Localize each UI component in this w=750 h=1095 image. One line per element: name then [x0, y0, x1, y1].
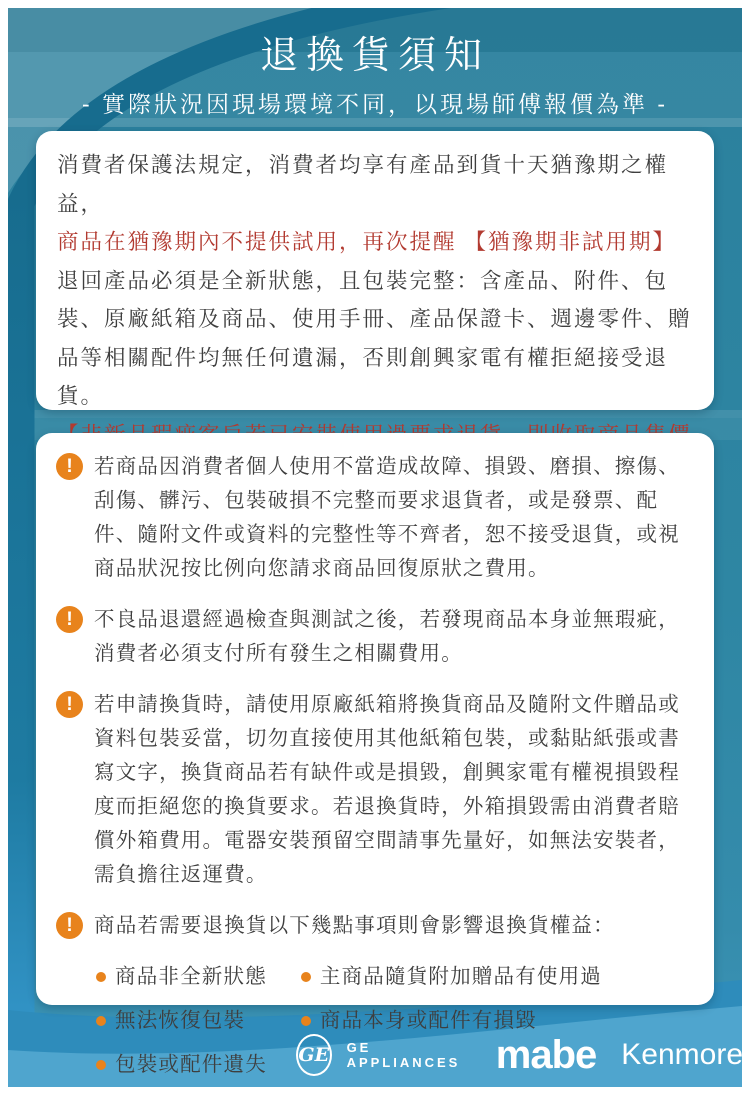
bullet-dot-icon [301, 1016, 311, 1026]
exclamation-glyph: ! [66, 457, 72, 476]
note-text: 若商品因消費者個人使用不當造成故障、損毀、磨損、擦傷、刮傷、髒污、包裝破損不完整… [94, 450, 696, 586]
policy-paragraph: 退回產品必須是全新狀態，且包裝完整：含產品、附件、包裝、原廠紙箱及商品、使用手冊… [57, 262, 694, 416]
brand-bar: GE GE APPLIANCES mabe Kenmore. [296, 1026, 750, 1084]
bullet-dot-icon [96, 1060, 106, 1070]
exclamation-glyph: ! [66, 695, 72, 714]
note-text: 商品若需要退換貨以下幾點事項則會影響退換貨權益： [94, 909, 615, 943]
bullet-dot-icon [96, 972, 106, 982]
exclamation-glyph: ! [66, 916, 72, 935]
list-item: 主商品隨貨附加贈品有使用過 [301, 960, 602, 993]
ge-appliances-logo: GE APPLIANCES [347, 1040, 467, 1070]
note-item: ! 若申請換貨時，請使用原廠紙箱將換貨商品及隨附文件贈品或資料包裝妥當，切勿直接… [56, 688, 696, 892]
bullet-dot-icon [96, 1016, 106, 1026]
exclamation-icon: ! [56, 453, 83, 480]
note-text: 不良品退還經過檢查與測試之後，若發現商品本身並無瑕疵，消費者必須支付所有發生之相… [94, 603, 696, 671]
exclamation-glyph: ! [66, 610, 72, 629]
notes-card: ! 若商品因消費者個人使用不當造成故障、損毀、磨損、擦傷、刮傷、髒污、包裝破損不… [36, 433, 714, 1005]
policy-card: 消費者保護法規定，消費者均享有產品到貨十天猶豫期之權益， 商品在猶豫期內不提供試… [36, 131, 714, 410]
note-item: ! 商品若需要退換貨以下幾點事項則會影響退換貨權益： [56, 909, 696, 943]
page-title: 退換貨須知 [0, 24, 750, 79]
affect-conditions-column-1: 商品非全新狀態 無法恢復包裝 包裝或配件遺失 [96, 960, 267, 1081]
exclamation-icon: ! [56, 606, 83, 633]
list-item-label: 無法恢復包裝 [115, 1004, 245, 1037]
bullet-dot-icon [301, 972, 311, 982]
note-item: ! 若商品因消費者個人使用不當造成故障、損毀、磨損、擦傷、刮傷、髒污、包裝破損不… [56, 450, 696, 586]
ge-monogram-icon: GE [296, 1034, 332, 1076]
note-item: ! 不良品退還經過檢查與測試之後，若發現商品本身並無瑕疵，消費者必須支付所有發生… [56, 603, 696, 671]
kenmore-logo: Kenmore. [621, 1038, 750, 1072]
list-item: 無法恢復包裝 [96, 1004, 267, 1037]
list-item-label: 商品非全新狀態 [115, 960, 267, 993]
list-item: 商品非全新狀態 [96, 960, 267, 993]
return-policy-flyer: 退換貨須知 - 實際狀況因現場環境不同，以現場師傅報價為準 - 消費者保護法規定… [0, 0, 750, 1095]
policy-paragraph: 消費者保護法規定，消費者均享有產品到貨十天猶豫期之權益， [57, 146, 694, 223]
list-item-label: 主商品隨貨附加贈品有使用過 [320, 960, 602, 993]
exclamation-icon: ! [56, 912, 83, 939]
mabe-logo: mabe [496, 1033, 597, 1078]
exclamation-icon: ! [56, 691, 83, 718]
list-item: 包裝或配件遺失 [96, 1048, 267, 1081]
list-item-label: 包裝或配件遺失 [115, 1048, 267, 1081]
page-subtitle: - 實際狀況因現場環境不同，以現場師傅報價為準 - [0, 86, 750, 119]
note-text: 若申請換貨時，請使用原廠紙箱將換貨商品及隨附文件贈品或資料包裝妥當，切勿直接使用… [94, 688, 696, 892]
policy-paragraph-red: 商品在猶豫期內不提供試用，再次提醒 【猶豫期非試用期】 [57, 223, 694, 262]
ge-monogram-letters: GE [298, 1044, 329, 1066]
